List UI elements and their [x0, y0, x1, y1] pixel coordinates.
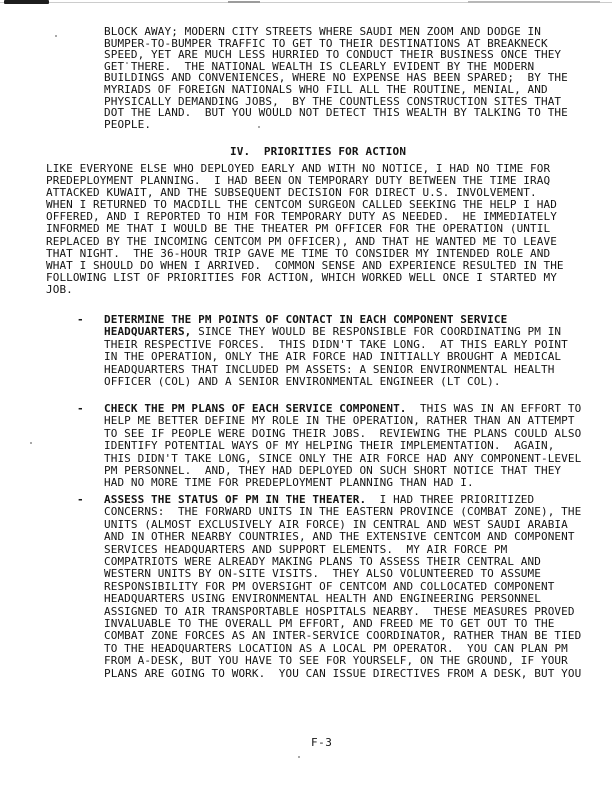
page-number: F-3: [311, 736, 332, 749]
bullet-body: I HAD THREE PRIORITIZED CONCERNS: THE FO…: [104, 493, 581, 680]
bullet-body: THIS WAS IN AN EFFORT TO HELP ME BETTER …: [104, 402, 581, 489]
scan-edge-mark: [228, 1, 260, 3]
bullet-lead-bold: ASSESS THE STATUS OF PM IN THE THEATER.: [104, 493, 366, 506]
bullet-text: DETERMINE THE PM POINTS OF CONTACT IN EA…: [104, 314, 612, 388]
scanned-document-page: BLOCK AWAY; MODERN CITY STREETS WHERE SA…: [0, 0, 612, 792]
bullet-lead-bold: CHECK THE PM PLANS OF EACH SERVICE COMPO…: [104, 402, 407, 415]
section-heading: IV. PRIORITIES FOR ACTION: [230, 145, 406, 158]
bullet-dash: -: [77, 403, 84, 416]
intro-paragraph: BLOCK AWAY; MODERN CITY STREETS WHERE SA…: [104, 26, 568, 130]
bullet-item-assess-status: - ASSESS THE STATUS OF PM IN THE THEATER…: [0, 494, 612, 680]
bullet-dash: -: [77, 314, 84, 327]
bullet-dash: -: [77, 494, 84, 507]
bullet-text: ASSESS THE STATUS OF PM IN THE THEATER. …: [104, 494, 612, 680]
bullet-item-check-plans: - CHECK THE PM PLANS OF EACH SERVICE COM…: [0, 403, 612, 490]
opening-paragraph: LIKE EVERYONE ELSE WHO DEPLOYED EARLY AN…: [46, 163, 564, 296]
bullet-text: CHECK THE PM PLANS OF EACH SERVICE COMPO…: [104, 403, 612, 490]
scan-edge-mark: [468, 1, 600, 3]
bullet-item-determine-poc: - DETERMINE THE PM POINTS OF CONTACT IN …: [0, 314, 612, 388]
scan-speck: [298, 756, 300, 758]
scan-edge-mark: [4, 0, 49, 4]
scan-speck: [55, 35, 57, 37]
